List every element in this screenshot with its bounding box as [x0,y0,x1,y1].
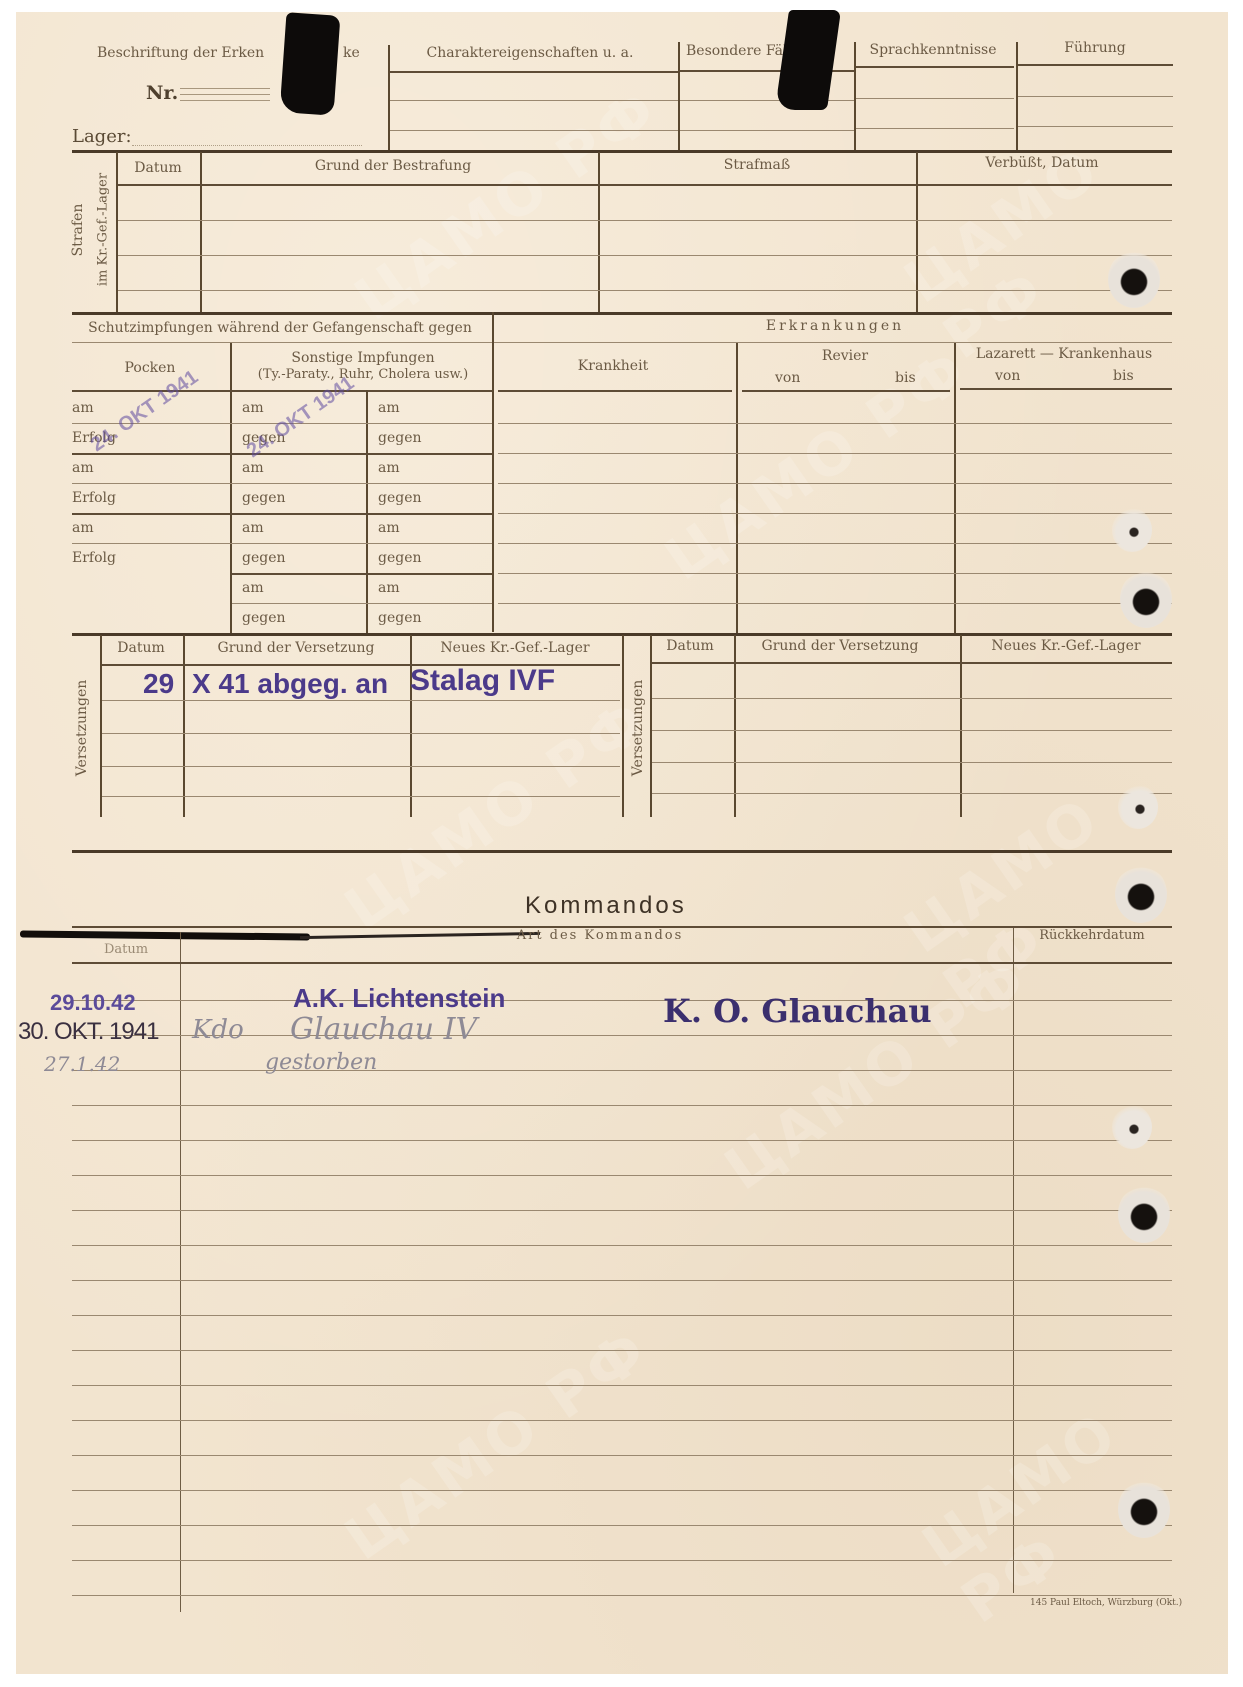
krankheit-label: Krankheit [578,358,648,374]
punch-hole [1112,1105,1152,1149]
sonstige-row-label: gegen [378,430,422,446]
strafen-col-verbuesst: Verbüßt, Datum [985,155,1098,171]
lager-field[interactable] [132,145,362,146]
lazarett-label: Lazarett — Krankenhaus [976,346,1152,362]
pocken-row-label: Erfolg [72,490,116,506]
lager-label: Lager: [72,126,132,147]
versetzungen-col-datum: Datum [117,640,165,656]
kommando-pencil-glauchau: Glauchau IV [290,1012,477,1047]
punch-hole [1108,250,1160,308]
ak-lichtenstein-stamp: A.K. Lichtenstein [293,983,505,1014]
pocken-row-label: am [72,520,94,536]
versetzung-grund-stamp: X 41 abgeg. an [192,668,388,700]
sonstige-row-label: am [378,580,400,596]
revier-von-label: von [775,370,800,386]
versetzung-datum-stamp: 29 [143,668,174,700]
sonstige-label-2: (Ty.-Paraty., Ruhr, Cholera usw.) [258,367,469,382]
sonstige-label-1: Sonstige Impfungen [291,350,434,366]
pocken-row-label: am [72,400,94,416]
erkrankungen-title: Erkrankungen [766,318,904,334]
versetzung-lager-stamp: Stalag IVF [410,664,555,698]
sonstige-row-label: gegen [242,550,286,566]
punch-hole [1112,508,1152,552]
sonstige-row-label: am [242,460,264,476]
sonstige-row-label: am [242,400,264,416]
erkennungsmarke-label-right: ke [343,45,360,61]
versetzungen-side-label-right: Versetzungen [630,678,646,778]
revier-bis-label: bis [895,370,916,386]
punch-hole [1118,1185,1170,1243]
kommando-date-stamp-2: 30. OKT. 1941 [18,1018,158,1046]
kommandos-col-datum: Datum [104,942,148,957]
sonstige-row-label: gegen [378,490,422,506]
sonstige-row-label: am [378,460,400,476]
strafen-side-label-2: im Kr.-Gef.-Lager [96,165,111,295]
pocken-row-label: Erfolg [72,550,116,566]
versetzungen-col-grund: Grund der Versetzung [218,640,375,656]
lazarett-von-label: von [995,368,1020,384]
pocken-row-label: am [72,460,94,476]
kommando-pencil-gestorben: gestorben [265,1050,377,1075]
erkennungsmarke-label-left: Beschriftung der Erken [97,45,264,61]
strafen-side-label: Strafen [70,170,86,290]
strafen-col-strafmass: Strafmaß [724,157,790,173]
versetzungen-col-lager: Neues Kr.-Gef.-Lager [440,640,589,656]
impfungen-title: Schutzimpfungen während der Gefangenscha… [88,320,472,336]
sonstige-row-label: gegen [378,610,422,626]
printer-imprint: 145 Paul Eltoch, Würzburg (Okt.) [1030,1598,1182,1608]
ko-glauchau-stamp: K. O. Glauchau [663,992,932,1030]
punch-hole [1118,785,1158,829]
sonstige-row-label: gegen [242,490,286,506]
versetzungen-col-lager-right: Neues Kr.-Gef.-Lager [991,638,1140,654]
charakter-label: Charaktereigenschaften u. a. [427,45,634,61]
strafen-col-datum: Datum [134,160,182,176]
kommando-pencil-kdo: Kdo [192,1015,244,1045]
sonstige-row-label: gegen [242,610,286,626]
redaction-mark [280,12,341,116]
versetzungen-col-datum-right: Datum [666,638,714,654]
versetzungen-side-label: Versetzungen [74,678,90,778]
faehigkeiten-label: Besondere Fäh [686,43,792,59]
versetzungen-col-grund-right: Grund der Versetzung [762,638,919,654]
sonstige-row-label: am [242,520,264,536]
sonstige-row-label: am [242,580,264,596]
pocken-label: Pocken [125,360,176,376]
lazarett-bis-label: bis [1113,368,1134,384]
nr-label: Nr. [146,82,178,104]
kommandos-col-art: Art des Kommandos [517,928,684,943]
sonstige-row-label: gegen [378,550,422,566]
fuehrung-label: Führung [1064,40,1125,56]
revier-label: Revier [822,348,868,364]
punch-hole [1115,865,1167,923]
strafen-col-grund: Grund der Bestrafung [315,158,471,174]
sonstige-row-label: am [378,400,400,416]
punch-hole [1118,1480,1170,1538]
kommando-date-pencil: 27.1.42 [44,1052,120,1076]
kommandos-col-rueckkehr: Rückkehrdatum [1039,928,1144,943]
kommandos-title: Kommandos [525,892,687,920]
sonstige-row-label: am [378,520,400,536]
kommando-date-stamp-1: 29.10.42 [50,990,136,1016]
sprachkenntnisse-label: Sprachkenntnisse [869,42,996,58]
punch-hole [1120,570,1172,628]
